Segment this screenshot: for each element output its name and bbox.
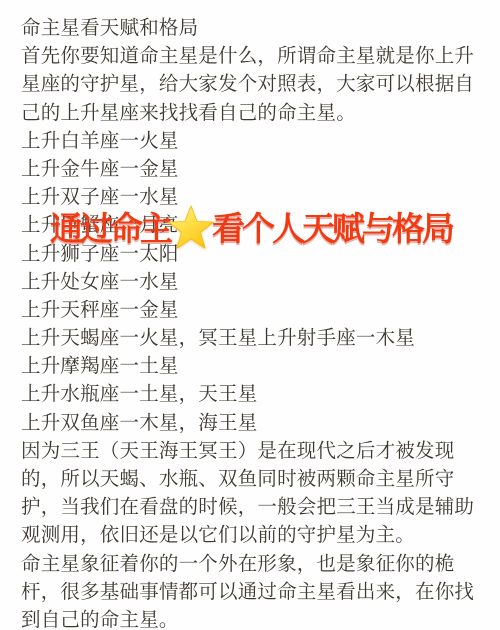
page-title: 命主星看天赋和格局 xyxy=(21,14,484,42)
text-line: 命主星象征着你的一个外在形象，也是象征你的桅 xyxy=(21,550,484,578)
text-line: 上升金牛座一金星 xyxy=(21,155,484,183)
text-line: 杆，很多基础事情都可以通过命主星看出来，在你找 xyxy=(21,578,484,606)
text-line: 观测用，依旧还是以它们以前的守护星为主。 xyxy=(21,521,484,549)
text-line: 护，当我们在看盘的时候，一般会把三王当成是辅助 xyxy=(21,493,484,521)
text-line: 的，所以天蝎、水瓶、双鱼同时被两颗命主星所守 xyxy=(21,465,484,493)
text-line: 上升摩羯座一土星 xyxy=(21,352,484,380)
overlay-title: 通过命主 看个人天赋与格局 xyxy=(50,204,452,254)
star-icon xyxy=(167,204,215,252)
overlay-title-text-right: 看个人天赋与格局 xyxy=(212,204,452,254)
text-line: 上升天蝎座一火星，冥王星上升射手座一木星 xyxy=(21,324,484,352)
text-line: 上升天秤座一金星 xyxy=(21,296,484,324)
document-page: 命主星看天赋和格局 首先你要知道命主星是什么，所谓命主星就是你上升 星座的守护星… xyxy=(0,0,500,630)
text-line: 己的上升星座来找找看自己的命主星。 xyxy=(21,99,484,127)
text-line: 星座的守护星，给大家发个对照表，大家可以根据自 xyxy=(21,70,484,98)
text-line: 到自己的命主星。 xyxy=(21,606,484,630)
text-line: 上升双鱼座一木星，海王星 xyxy=(21,409,484,437)
text-line: 因为三王（天王海王冥王）是在现代之后才被发现 xyxy=(21,437,484,465)
text-line: 上升白羊座一火星 xyxy=(21,127,484,155)
text-line: 上升处女座一水星 xyxy=(21,268,484,296)
text-line: 上升水瓶座一土星，天王星 xyxy=(21,380,484,408)
overlay-title-text-left: 通过命主 xyxy=(50,204,170,254)
text-line: 首先你要知道命主星是什么，所谓命主星就是你上升 xyxy=(21,42,484,70)
